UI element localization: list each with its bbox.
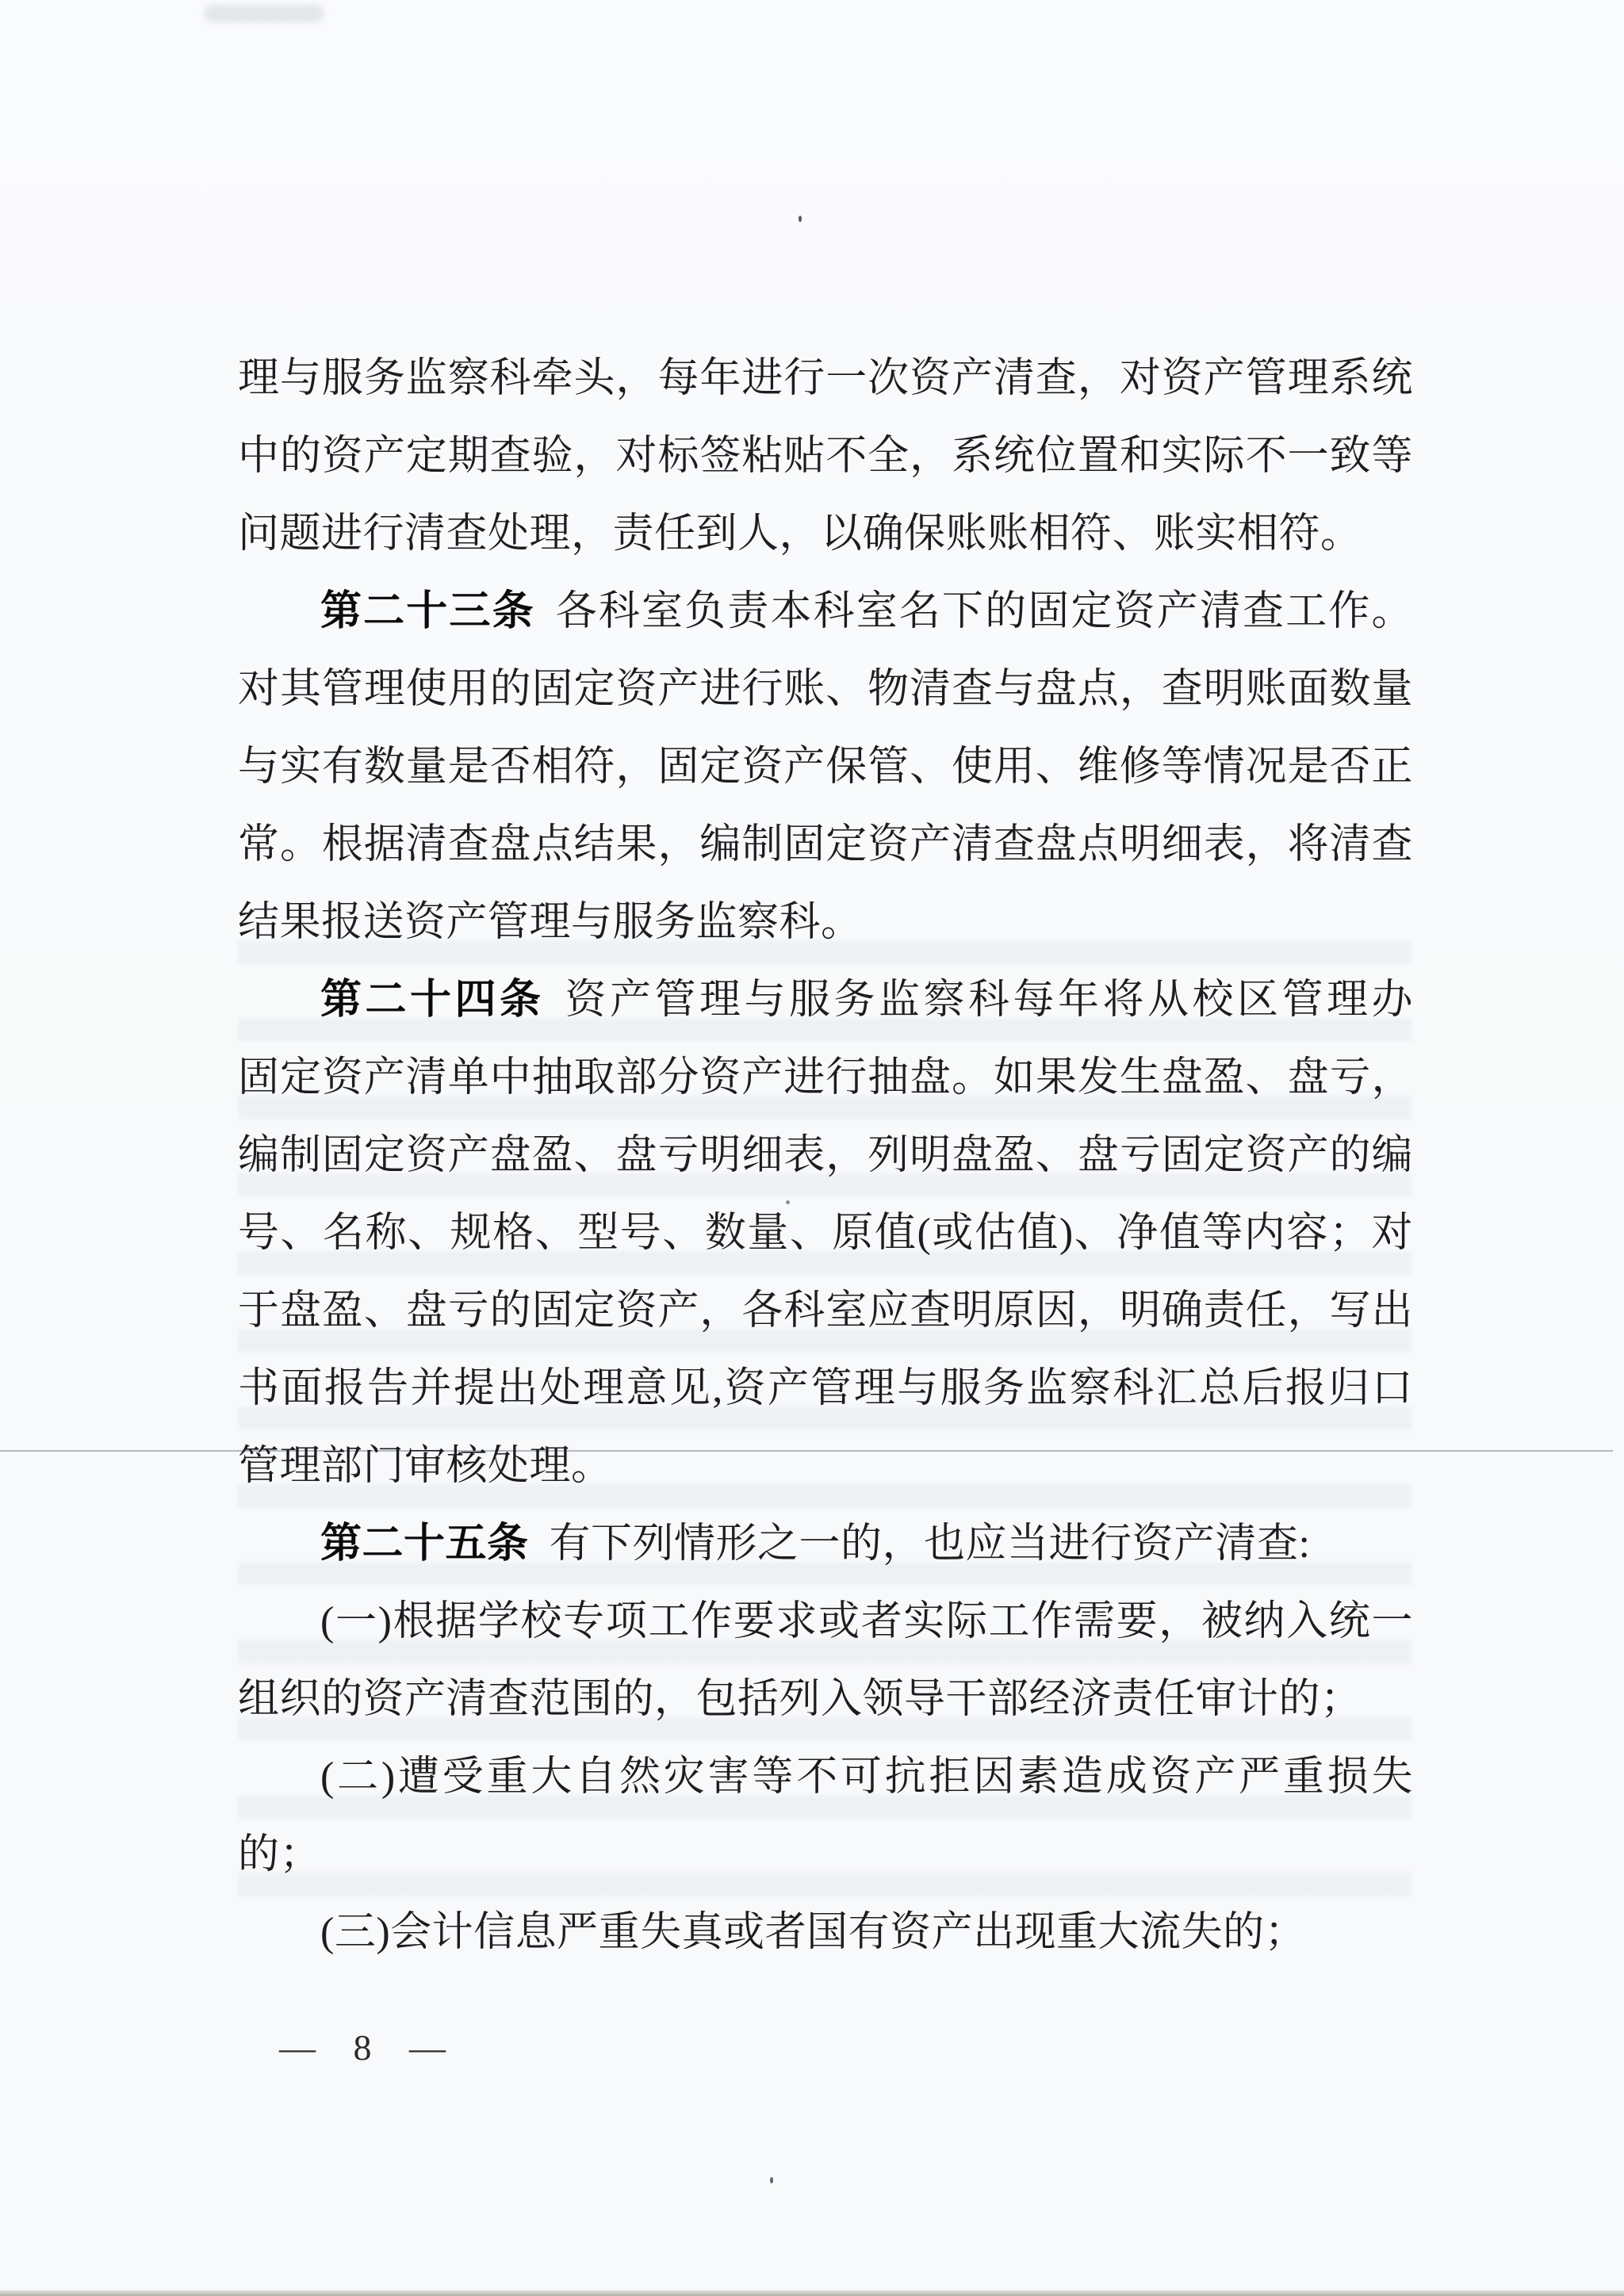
text-line: (三)会计信息严重失真或者国有资产出现重大流失的； (238, 1894, 1413, 1972)
article-number-23: 第二十三条 (320, 589, 535, 634)
text-line: 编制固定资产盘盈、盘亏明细表，列明盘盈、盘亏固定资产的编 (238, 1117, 1413, 1195)
text-line: 第二十五条有下列情形之一的，也应当进行资产清查: (238, 1506, 1413, 1583)
text-line: 书面报告并提出处理意见,资产管理与服务监察科汇总后报归口 (238, 1350, 1413, 1428)
scanned-document-page: 理与服务监察科牵头，每年进行一次资产清查，对资产管理系统 中的资产定期查验，对标… (0, 0, 1624, 2296)
line-text: 各科室负责本科室名下的固定资产清查工作。 (556, 589, 1413, 634)
text-line: 中的资产定期查验，对标签粘贴不全，系统位置和实际不一致等 (238, 418, 1413, 496)
text-line: (二)遭受重大自然灾害等不可抗拒因素造成资产严重损失 (238, 1739, 1413, 1816)
text-line: 问题进行清查处理，责任到人，以确保账账相符、账实相符。 (238, 496, 1413, 573)
article-number-24: 第二十四条 (320, 978, 545, 1023)
article-number-25: 第二十五条 (320, 1521, 529, 1567)
scan-smudge-artifact (205, 5, 324, 22)
text-line: 第二十四条资产管理与服务监察科每年将从校区管理办 (238, 962, 1413, 1039)
scan-speck (799, 216, 802, 222)
text-line: 第二十三条各科室负责本科室名下的固定资产清查工作。 (238, 573, 1413, 651)
text-line: (一)根据学校专项工作要求或者实际工作需要，被纳入统一 (238, 1583, 1413, 1661)
text-line: 于盘盈、盘亏的固定资产，各科室应查明原因，明确责任，写出 (238, 1272, 1413, 1350)
text-line: 常。根据清查盘点结果，编制固定资产清查盘点明细表，将清查 (238, 806, 1413, 884)
text-line: 固定资产清单中抽取部分资产进行抽盘。如果发生盘盈、盘亏， (238, 1039, 1413, 1117)
text-line: 的； (238, 1816, 1413, 1894)
line-text: 资产管理与服务监察科每年将从校区管理办 (565, 978, 1413, 1023)
text-line: 管理部门审核处理。 (238, 1428, 1413, 1506)
scan-speck (770, 2177, 773, 2183)
page-number: — 8 — (279, 2026, 446, 2068)
line-text: 有下列情形之一的，也应当进行资产清查: (550, 1521, 1311, 1567)
text-line: 结果报送资产管理与服务监察科。 (238, 884, 1413, 962)
text-line: 对其管理使用的固定资产进行账、物清查与盘点，查明账面数量 (238, 651, 1413, 729)
text-line: 组织的资产清查范围的，包括列入领导干部经济责任审计的； (238, 1661, 1413, 1739)
text-line: 号、名称、规格、型号、数量、原值(或估值)、净值等内容；对 (238, 1195, 1413, 1272)
bottom-scan-edge (0, 2290, 1624, 2296)
text-line: 理与服务监察科牵头，每年进行一次资产清查，对资产管理系统 (238, 340, 1413, 418)
text-line: 与实有数量是否相符，固定资产保管、使用、维修等情况是否正 (238, 729, 1413, 806)
document-body: 理与服务监察科牵头，每年进行一次资产清查，对资产管理系统 中的资产定期查验，对标… (238, 340, 1413, 1972)
